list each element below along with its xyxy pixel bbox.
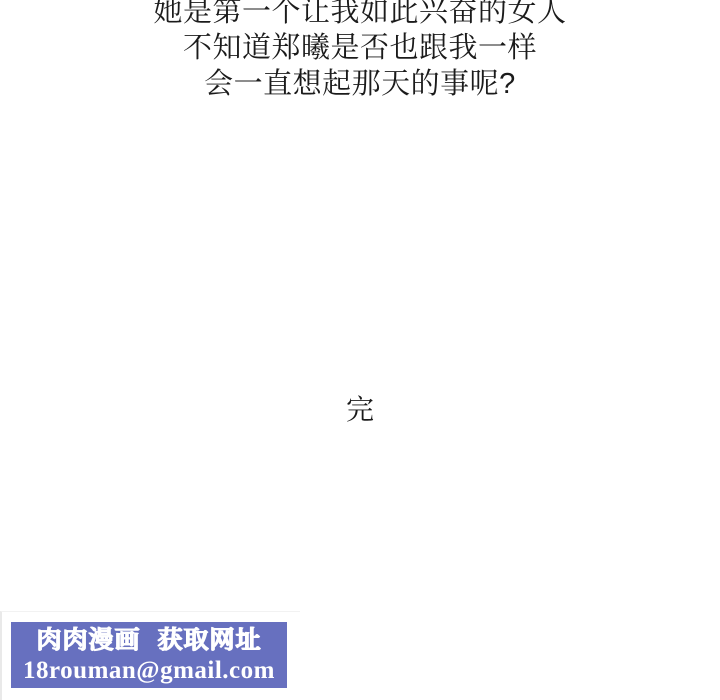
watermark-email: 18rouman@gmail.com [23, 658, 275, 683]
narration-line-1: 她是第一个让我如此兴奋的女人 [0, 0, 720, 30]
narration-text: 她是第一个让我如此兴奋的女人 不知道郑曦是否也跟我一样 会一直想起那天的事呢? [0, 0, 720, 102]
watermark-site-name: 肉肉漫画 [36, 628, 140, 653]
end-mark: 完 [0, 392, 720, 428]
narration-line-3: 会一直想起那天的事呢? [0, 66, 720, 102]
watermark-title: 肉肉漫画 获取网址 [36, 628, 261, 653]
watermark-banner: 肉肉漫画 获取网址 18rouman@gmail.com [11, 622, 287, 688]
narration-line-2: 不知道郑曦是否也跟我一样 [0, 30, 720, 66]
watermark-tagline: 获取网址 [158, 628, 262, 653]
comic-page: 她是第一个让我如此兴奋的女人 不知道郑曦是否也跟我一样 会一直想起那天的事呢? … [0, 0, 720, 700]
